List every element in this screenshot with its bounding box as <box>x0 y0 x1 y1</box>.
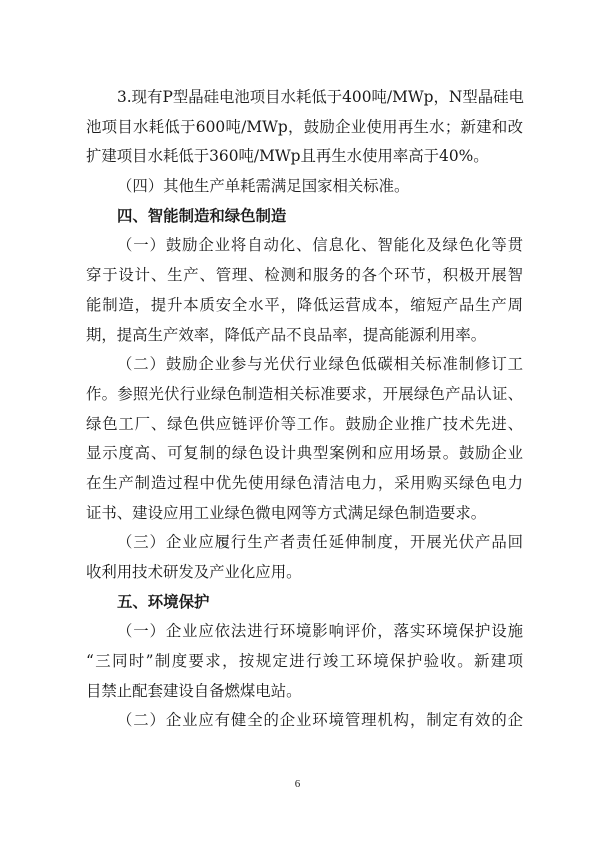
paragraph-line: 扩建项目水耗低于360吨/MWp且再生水使用率高于40%。 <box>86 142 523 172</box>
paragraph-line: 穿于设计、生产、管理、检测和服务的各个环节，积极开展智 <box>86 261 523 291</box>
paragraph-line: 收利用技术研发及产业化应用。 <box>86 558 523 588</box>
document-body: 3.现有P型晶硅电池项目水耗低于400吨/MWp，N型晶硅电 池项目水耗低于60… <box>86 83 523 736</box>
paragraph-line: 显示度高、可复制的绿色设计典型案例和应用场景。鼓励企业 <box>86 439 523 469</box>
document-page: 3.现有P型晶硅电池项目水耗低于400吨/MWp，N型晶硅电 池项目水耗低于60… <box>0 0 595 841</box>
paragraph-line: （二）鼓励企业参与光伏行业绿色低碳相关标准制修订工 <box>86 350 523 380</box>
paragraph-line: 证书、建设应用工业绿色微电网等方式满足绿色制造要求。 <box>86 499 523 529</box>
paragraph-line: （四）其他生产单耗需满足国家相关标准。 <box>86 172 523 202</box>
page-number: 6 <box>0 778 595 790</box>
section-heading: 五、环境保护 <box>86 588 523 618</box>
paragraph-line: “三同时”制度要求，按规定进行竣工环境保护验收。新建项 <box>86 647 523 677</box>
section-heading: 四、智能制造和绿色制造 <box>86 202 523 232</box>
paragraph-line: （一）鼓励企业将自动化、信息化、智能化及绿色化等贯 <box>86 231 523 261</box>
paragraph-line: （三）企业应履行生产者责任延伸制度，开展光伏产品回 <box>86 528 523 558</box>
paragraph-line: 作。参照光伏行业绿色制造相关标准要求，开展绿色产品认证、 <box>86 380 523 410</box>
paragraph-line: 绿色工厂、绿色供应链评价等工作。鼓励企业推广技术先进、 <box>86 410 523 440</box>
paragraph-line: 在生产制造过程中优先使用绿色清洁电力，采用购买绿色电力 <box>86 469 523 499</box>
paragraph-line: （一）企业应依法进行环境影响评价，落实环境保护设施 <box>86 617 523 647</box>
paragraph-line: （二）企业应有健全的企业环境管理机构，制定有效的企 <box>86 706 523 736</box>
paragraph-line: 池项目水耗低于600吨/MWp，鼓励企业使用再生水；新建和改 <box>86 113 523 143</box>
paragraph-line: 3.现有P型晶硅电池项目水耗低于400吨/MWp，N型晶硅电 <box>86 83 523 113</box>
paragraph-line: 期，提高生产效率，降低产品不良品率，提高能源利用率。 <box>86 321 523 351</box>
paragraph-line: 目禁止配套建设自备燃煤电站。 <box>86 677 523 707</box>
paragraph-line: 能制造，提升本质安全水平，降低运营成本，缩短产品生产周 <box>86 291 523 321</box>
